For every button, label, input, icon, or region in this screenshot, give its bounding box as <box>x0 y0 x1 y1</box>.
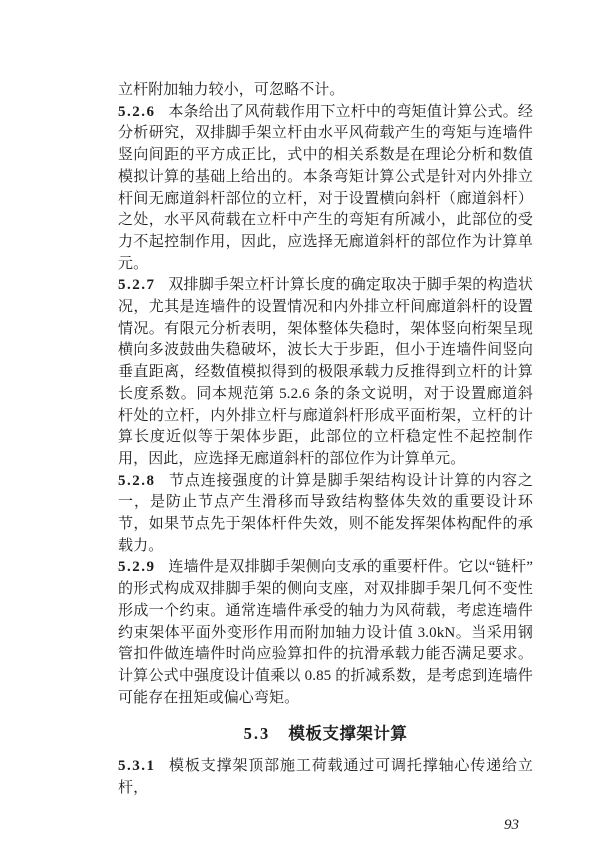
section-heading-title: 模板支撑架计算 <box>288 724 407 743</box>
clause-text-5-2-7: 双排脚手架立杆计算长度的确定取决于脚手架的构造状况，尤其是连墙件的设置情况和内外… <box>118 277 533 467</box>
clause-number-5-2-9: 5.2.9 <box>118 559 156 575</box>
paragraph-5-2-8: 5.2.8节点连接强度的计算是脚手架结构设计计算的内容之一，是防止节点产生滑移而… <box>118 471 533 558</box>
page-number: 93 <box>118 817 533 834</box>
section-heading-number: 5.3 <box>244 724 271 743</box>
paragraph-5-2-7: 5.2.7双排脚手架立杆计算长度的确定取决于脚手架的构造状况，尤其是连墙件的设置… <box>118 275 533 470</box>
section-heading: 5.3模板支撑架计算 <box>118 722 533 746</box>
clause-text-5-3-1: 模板支撑架顶部施工荷载通过可调托撑轴心传递给立杆， <box>118 758 533 796</box>
paragraph-5-3-1: 5.3.1模板支撑架顶部施工荷载通过可调托撑轴心传递给立杆， <box>118 756 533 799</box>
clause-text-5-2-6: 本条给出了风荷载作用下立杆中的弯矩值计算公式。经分析研究，双排脚手架立杆由水平风… <box>118 104 533 272</box>
paragraph-5-2-9: 5.2.9连墙件是双排脚手架侧向支承的重要杆件。它以“链杆”的形式构成双排脚手架… <box>118 557 533 709</box>
document-page: 立杆附加轴力较小，可忽略不计。 5.2.6本条给出了风荷载作用下立杆中的弯矩值计… <box>0 0 600 848</box>
clause-number-5-2-6: 5.2.6 <box>118 104 156 120</box>
text-column: 立杆附加轴力较小，可忽略不计。 5.2.6本条给出了风荷载作用下立杆中的弯矩值计… <box>118 80 533 834</box>
clause-number-5-2-8: 5.2.8 <box>118 473 156 489</box>
continuation-text: 立杆附加轴力较小，可忽略不计。 <box>118 82 345 98</box>
clause-text-5-2-8: 节点连接强度的计算是脚手架结构设计计算的内容之一，是防止节点产生滑移而导致结构整… <box>118 473 533 554</box>
clause-number-5-2-7: 5.2.7 <box>118 277 156 293</box>
paragraph-5-2-6: 5.2.6本条给出了风荷载作用下立杆中的弯矩值计算公式。经分析研究，双排脚手架立… <box>118 102 533 276</box>
clause-text-5-2-9: 连墙件是双排脚手架侧向支承的重要杆件。它以“链杆”的形式构成双排脚手架的侧向支座… <box>118 559 533 705</box>
clause-number-5-3-1: 5.3.1 <box>118 758 156 774</box>
paragraph-continuation: 立杆附加轴力较小，可忽略不计。 <box>118 80 533 102</box>
